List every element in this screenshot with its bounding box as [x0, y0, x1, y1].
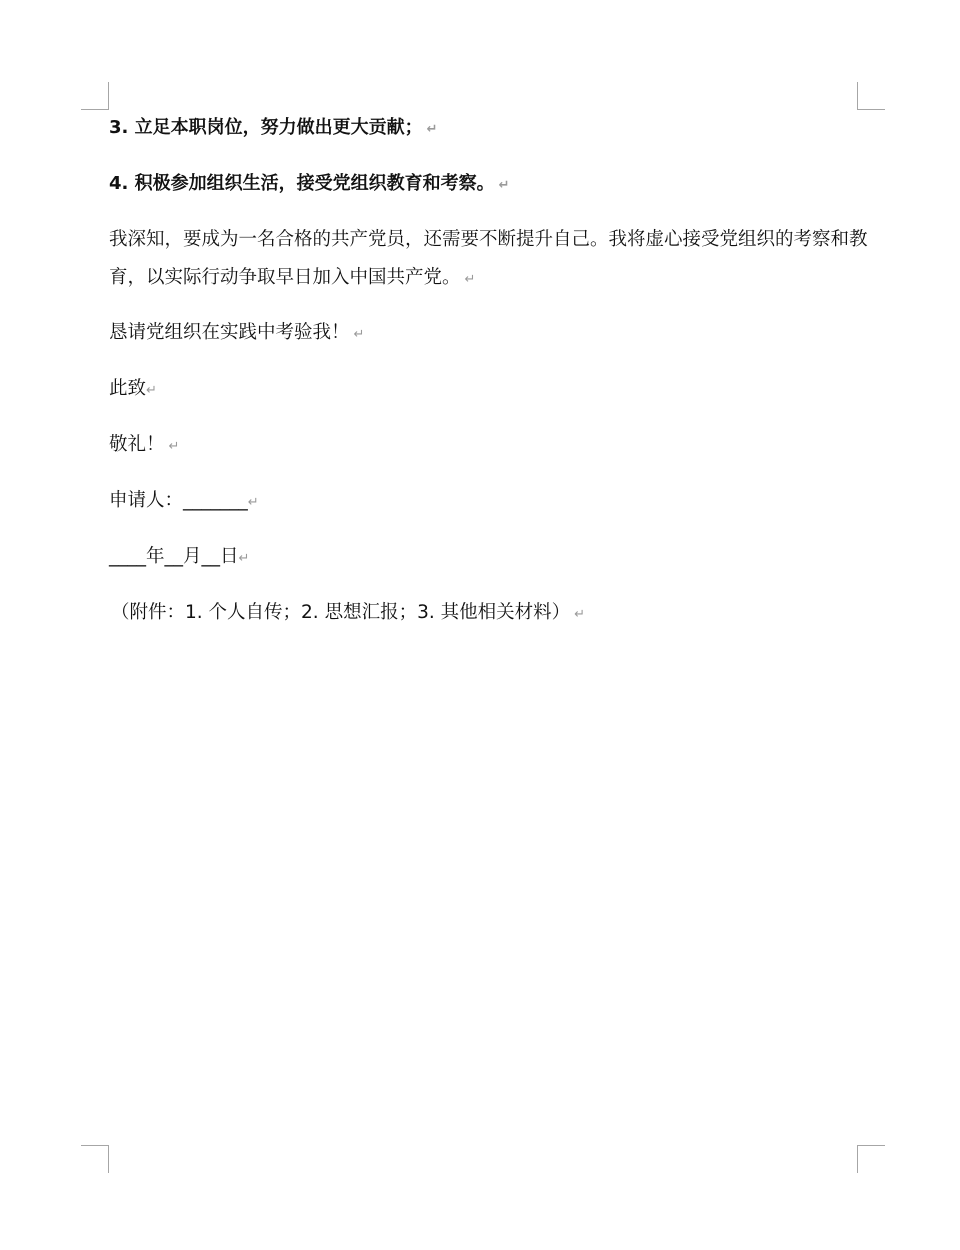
- paragraph-item-4[interactable]: 4. 积极参加组织生活，接受党组织教育和考察。↵: [109, 169, 869, 201]
- paragraph-mark-icon: ↵: [499, 178, 510, 193]
- paragraph-mark-icon: ↵: [574, 607, 585, 622]
- crop-mark-bottom-left: [81, 1145, 109, 1173]
- document-page: 3. 立足本职岗位，努力做出更大贡献；↵ 4. 积极参加组织生活，接受党组织教育…: [0, 0, 960, 1250]
- paragraph-date[interactable]: ____年__月__日↵: [109, 538, 869, 578]
- document-body[interactable]: 3. 立足本职岗位，努力做出更大贡献；↵ 4. 积极参加组织生活，接受党组织教育…: [109, 113, 869, 650]
- paragraph-plea[interactable]: 恳请党组织在实践中考验我！↵: [109, 314, 869, 354]
- paragraph-mark-icon: ↵: [465, 272, 476, 287]
- paragraph-text: 我深知，要成为一名合格的共产党员，还需要不断提升自己。我将虚心接受党组织的考察和…: [109, 229, 868, 288]
- paragraph-attachments[interactable]: （附件：1. 个人自传；2. 思想汇报；3. 其他相关材料）↵: [109, 594, 869, 634]
- paragraph-text: 4. 积极参加组织生活，接受党组织教育和考察。: [109, 173, 495, 194]
- paragraph-mark-icon: ↵: [427, 122, 438, 137]
- paragraph-text: ____年__月__日: [109, 546, 239, 567]
- paragraph-item-3[interactable]: 3. 立足本职岗位，努力做出更大贡献；↵: [109, 113, 869, 145]
- paragraph-mark-icon: ↵: [248, 495, 259, 510]
- crop-mark-top-left: [81, 82, 109, 110]
- paragraph-text: 敬礼！: [109, 434, 165, 455]
- paragraph-mark-icon: ↵: [169, 439, 180, 454]
- paragraph-mark-icon: ↵: [354, 327, 365, 342]
- paragraph-body[interactable]: 我深知，要成为一名合格的共产党员，还需要不断提升自己。我将虚心接受党组织的考察和…: [109, 221, 869, 299]
- paragraph-closing[interactable]: 敬礼！↵: [109, 426, 869, 466]
- crop-mark-top-right: [857, 82, 885, 110]
- paragraph-text: （附件：1. 个人自传；2. 思想汇报；3. 其他相关材料）: [111, 602, 570, 623]
- paragraph-mark-icon: ↵: [146, 383, 157, 398]
- paragraph-salutation[interactable]: 此致↵: [109, 370, 869, 410]
- paragraph-mark-icon: ↵: [239, 551, 250, 566]
- crop-mark-bottom-right: [857, 1145, 885, 1173]
- paragraph-applicant[interactable]: 申请人：_______↵: [109, 482, 869, 522]
- paragraph-text: 申请人：_______: [109, 490, 248, 511]
- paragraph-text: 3. 立足本职岗位，努力做出更大贡献；: [109, 117, 423, 138]
- paragraph-text: 恳请党组织在实践中考验我！: [109, 322, 350, 343]
- paragraph-text: 此致: [109, 378, 146, 399]
